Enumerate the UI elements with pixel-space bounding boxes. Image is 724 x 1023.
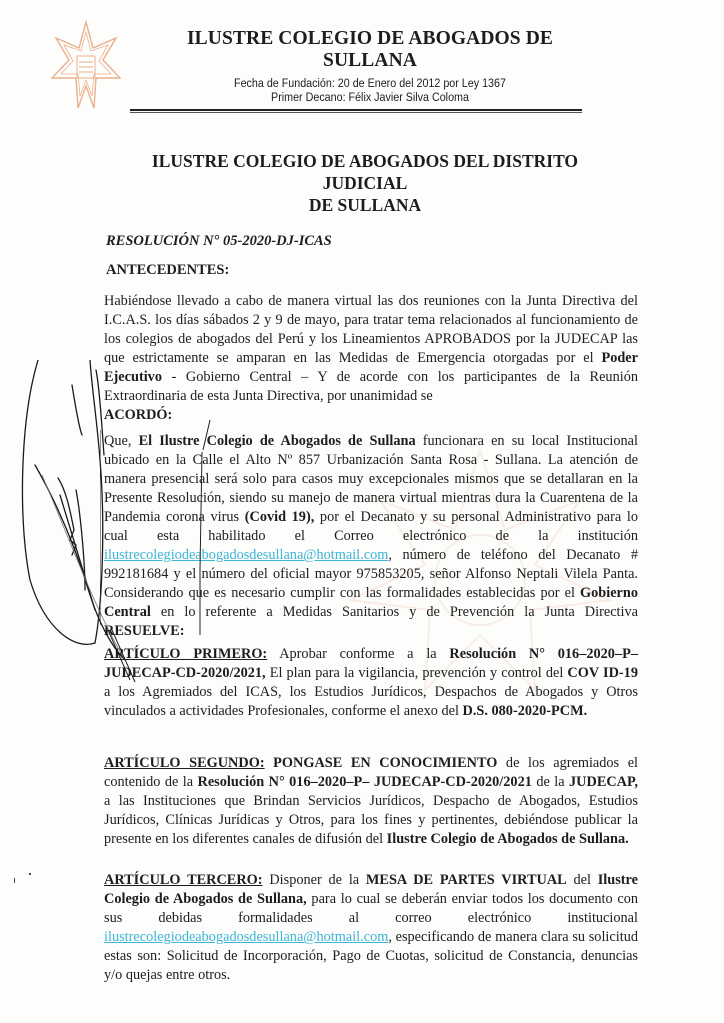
bold-text: JUDECAP, <box>569 774 638 790</box>
pen-strokes <box>100 420 300 640</box>
text: El plan para la vigilancia, prevención y… <box>266 665 568 681</box>
antecedentes-heading: ANTECEDENTES: <box>106 262 229 279</box>
doc-title-line1: ILUSTRE COLEGIO DE ABOGADOS DEL DISTRITO… <box>110 150 620 194</box>
antecedentes-paragraph: Habiéndose llevado a cabo de manera virt… <box>104 292 638 425</box>
articulo-primero: ARTÍCULO PRIMERO: Aprobar conforme a la … <box>104 645 638 721</box>
bold-text: Resolución N° 016–2020–P– JUDECAP-CD-202… <box>198 774 532 790</box>
text: Habiéndose llevado a cabo de manera virt… <box>104 293 638 366</box>
text: del <box>567 872 598 888</box>
articulo-segundo: ARTÍCULO SEGUNDO: PONGASE EN CONOCIMIENT… <box>104 754 638 849</box>
org-title-line1: ILUSTRE COLEGIO DE ABOGADOS DE <box>140 28 600 50</box>
org-title-line2: SULLANA <box>140 50 600 72</box>
bold-text: PONGASE EN CONOCIMIENTO <box>265 755 498 771</box>
founding-date: Fecha de Fundación: 20 de Enero del 2012… <box>168 76 573 90</box>
resolution-number: RESOLUCIÓN N° 05-2020-DJ-ICAS <box>106 233 332 250</box>
seal-star-icon <box>50 20 122 112</box>
text: de la <box>532 774 569 790</box>
bold-text: COV ID-19 <box>567 665 638 681</box>
text: - Gobierno Central – Y de acorde con los… <box>104 369 638 404</box>
organization-name: ILUSTRE COLEGIO DE ABOGADOS DE SULLANA <box>140 28 600 72</box>
articulo-tercero: ARTÍCULO TERCERO: Disponer de la MESA DE… <box>104 871 638 985</box>
bold-text: MESA DE PARTES VIRTUAL <box>366 872 567 888</box>
document-title: ILUSTRE COLEGIO DE ABOGADOS DEL DISTRITO… <box>110 150 620 216</box>
article-heading: ARTÍCULO TERCERO: <box>104 872 263 888</box>
article-heading: ARTÍCULO SEGUNDO: <box>104 755 265 771</box>
doc-title-line2: DE SULLANA <box>110 194 620 216</box>
first-dean: Primer Decano: Félix Javier Silva Coloma <box>168 90 573 104</box>
header-divider <box>130 109 582 113</box>
email-link[interactable]: ilustrecolegiodeabogadosdesullana@hotmai… <box>104 929 388 945</box>
document-page: ILUSTRE COLEGIO DE ABOGADOS DE SULLANA F… <box>0 0 724 1023</box>
text: Disponer de la <box>263 872 366 888</box>
text: Aprobar conforme a la <box>267 646 449 662</box>
bold-text: Ilustre Colegio de Abogados de Sullana. <box>387 831 629 847</box>
bold-text: D.S. 080-2020-PCM. <box>463 703 588 719</box>
scan-speck <box>14 878 15 883</box>
scan-speck <box>29 873 31 875</box>
